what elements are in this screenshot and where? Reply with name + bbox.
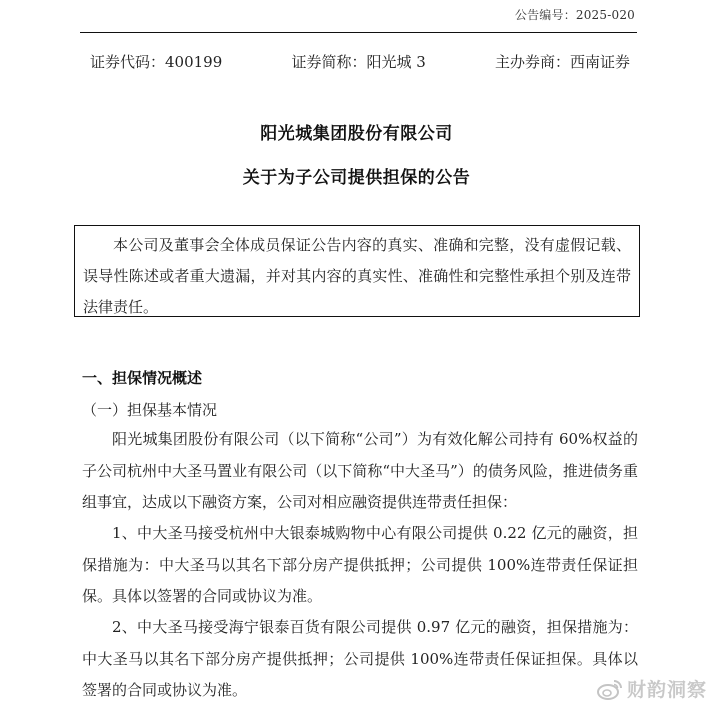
header-rule [80, 32, 637, 33]
sponsor-broker: 主办券商：西南证券 [495, 51, 630, 72]
weibo-icon [597, 678, 623, 700]
paragraph-overview: 阳光城集团股份有限公司（以下简称“公司”）为有效化解公司持有 60%权益的子公司… [82, 424, 638, 519]
paragraph-financing-1: 1、中大圣马接受杭州中大银泰城购物中心有限公司提供 0.22 亿元的融资，担保措… [82, 518, 638, 613]
security-short-name: 证券简称：阳光城 3 [291, 51, 425, 72]
disclaimer-box: 本公司及董事会全体成员保证公告内容的真实、准确和完整，没有虚假记载、误导性陈述或… [74, 225, 640, 317]
securities-info: 证券代码：400199 证券简称：阳光城 3 主办券商：西南证券 [90, 51, 630, 72]
company-title: 阳光城集团股份有限公司 [0, 119, 713, 144]
announcement-number: 公告编号：2025-020 [515, 6, 635, 23]
watermark: 财韵洞察 [597, 675, 707, 702]
subsection-heading: （一）担保基本情况 [82, 399, 217, 420]
paragraph-text: 1、中大圣马接受杭州中大银泰城购物中心有限公司提供 0.22 亿元的融资，担保措… [82, 518, 638, 613]
section-heading: 一、担保情况概述 [82, 367, 202, 388]
watermark-text: 财韵洞察 [627, 675, 707, 702]
security-code: 证券代码：400199 [90, 51, 222, 72]
disclaimer-text: 本公司及董事会全体成员保证公告内容的真实、准确和完整，没有虚假记载、误导性陈述或… [83, 230, 631, 323]
paragraph-text: 2、中大圣马接受海宁银泰百货有限公司提供 0.97 亿元的融资，担保措施为：中大… [82, 612, 638, 706]
paragraph-text: 阳光城集团股份有限公司（以下简称“公司”）为有效化解公司持有 60%权益的子公司… [82, 424, 638, 519]
announcement-title: 关于为子公司提供担保的公告 [0, 163, 713, 188]
paragraph-financing-2: 2、中大圣马接受海宁银泰百货有限公司提供 0.97 亿元的融资，担保措施为：中大… [82, 612, 638, 706]
